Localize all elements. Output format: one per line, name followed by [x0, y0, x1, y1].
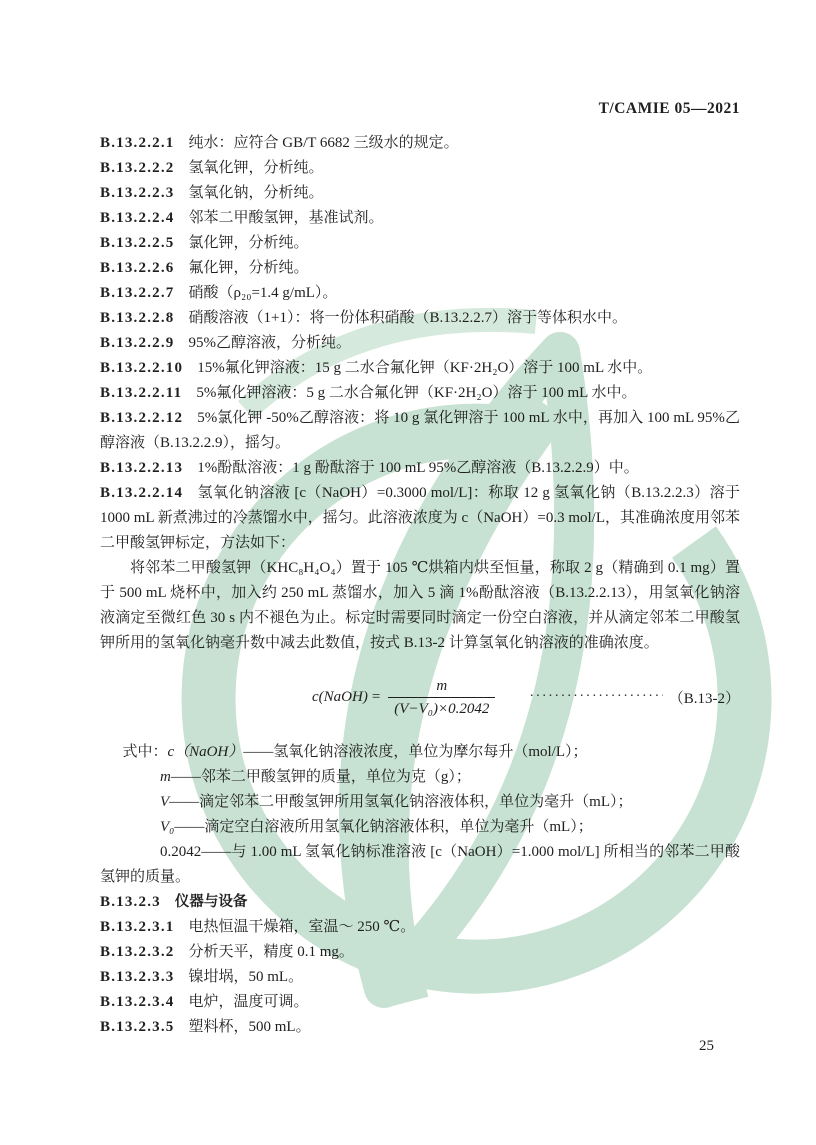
clause-b13232: B.13.2.3.2分析天平，精度 0.1 mg。: [100, 940, 740, 965]
clause-b13234: B.13.2.3.4电炉，温度可调。: [100, 990, 740, 1015]
where-item-02042: 0.2042——与 1.00 mL 氢氧化钠标准溶液 [c（NaOH）=1.00…: [100, 840, 740, 890]
clause-number: B.13.2.2.5: [100, 235, 175, 251]
clause-b13233: B.13.2.3.3镍坩埚，50 mL。: [100, 965, 740, 990]
clause-number: B.13.2.2.14: [100, 485, 183, 501]
clause-b13228: B.13.2.2.8硝酸溶液（1+1）：将一份体积硝酸（B.13.2.2.7）溶…: [100, 306, 740, 331]
section-heading-b1323: B.13.2.3仪器与设备: [100, 890, 740, 915]
clause-text: 镍坩埚，50 mL。: [189, 969, 304, 985]
clause-number: B.13.2.2.2: [100, 160, 175, 176]
clause-number: B.13.2.2.13: [100, 460, 183, 476]
where-desc: ——邻苯二甲酸氢钾的质量，单位为克（g）；: [171, 769, 471, 785]
where-intro: 式中：: [123, 744, 168, 760]
clause-b13231: B.13.2.3.1电热恒温干燥箱，室温～ 250 ℃。: [100, 915, 740, 940]
clause-text: 氯化钾，分析纯。: [189, 235, 309, 251]
clause-number: B.13.2.3.1: [100, 919, 175, 935]
clause-number: B.13.2.3.5: [100, 1019, 175, 1035]
where-desc: ——滴定邻苯二甲酸氢钾所用氢氧化钠溶液体积，单位为毫升（mL）；: [169, 794, 632, 810]
formula-equals: =: [372, 689, 380, 706]
document-page: T/CAMIE 05—2021 B.13.2.2.1纯水：应符合 GB/T 66…: [0, 0, 816, 1145]
page-header: T/CAMIE 05—2021: [100, 100, 740, 118]
clause-number: B.13.2.2.3: [100, 185, 175, 201]
clause-text: 纯水：应符合 GB/T 6682 三级水的规定。: [189, 135, 459, 151]
clause-b13221: B.13.2.2.1纯水：应符合 GB/T 6682 三级水的规定。: [100, 131, 740, 156]
clause-text: 电热恒温干燥箱，室温～ 250 ℃。: [189, 919, 416, 935]
clause-b13225: B.13.2.2.5氯化钾，分析纯。: [100, 231, 740, 256]
clause-text: 95%乙醇溶液，分析纯。: [189, 335, 352, 351]
clause-text: 邻苯二甲酸氢钾，基准试剂。: [189, 210, 384, 226]
clause-b132214: B.13.2.2.14氢氧化钠溶液 [c（NaOH）=0.3000 mol/L]…: [100, 481, 740, 556]
clause-text: 氢氧化钠，分析纯。: [189, 185, 324, 201]
formula-dot-leader: ··························: [529, 689, 662, 705]
clause-b13235: B.13.2.3.5塑料杯，500 mL。: [100, 1015, 740, 1040]
formula-fraction: m (V−V₀)×0.2042: [388, 676, 495, 719]
clause-number: B.13.2.2.11: [100, 385, 182, 401]
where-desc: ——氢氧化钠溶液浓度，单位为摩尔每升（mol/L）；: [243, 744, 587, 760]
clause-b13229: B.13.2.2.995%乙醇溶液，分析纯。: [100, 331, 740, 356]
clause-number: B.13.2.3.2: [100, 944, 175, 960]
clause-text: 氢氧化钠溶液 [c（NaOH）=0.3000 mol/L]：称取 12 g 氢氧…: [100, 485, 740, 551]
where-desc: ——滴定空白溶液所用氢氧化钠溶液体积，单位为毫升（mL）；: [174, 819, 592, 835]
clause-b13223: B.13.2.2.3氢氧化钠，分析纯。: [100, 181, 740, 206]
where-item-c-naoh: 式中：c（NaOH）——氢氧化钠溶液浓度，单位为摩尔每升（mol/L）；: [100, 740, 740, 765]
clause-text: 1%酚酞溶液：1 g 酚酞溶于 100 mL 95%乙醇溶液（B.13.2.2.…: [197, 460, 639, 476]
clause-b132210: B.13.2.2.1015%氟化钾溶液：15 g 二水合氟化钾（KF·2H₂O）…: [100, 356, 740, 381]
clause-number: B.13.2.2.9: [100, 335, 175, 351]
clause-number: B.13.2.2.10: [100, 360, 183, 376]
clause-b13226: B.13.2.2.6氟化钾，分析纯。: [100, 256, 740, 281]
clause-number: B.13.2.2.7: [100, 285, 175, 301]
clause-b13224: B.13.2.2.4邻苯二甲酸氢钾，基准试剂。: [100, 206, 740, 231]
where-symbol: V₀: [160, 819, 174, 835]
clause-text: 塑料杯，500 mL。: [189, 1019, 311, 1035]
where-symbol: 0.2042: [160, 844, 201, 860]
where-item-v0: V₀——滴定空白溶液所用氢氧化钠溶液体积，单位为毫升（mL）；: [100, 815, 740, 840]
clause-b13222: B.13.2.2.2氢氧化钾，分析纯。: [100, 156, 740, 181]
clause-text: 5%氟化钾溶液：5 g 二水合氟化钾（KF·2H₂O）溶于 100 mL 水中。: [196, 385, 636, 401]
formula-expression: c(NaOH) = m (V−V₀)×0.2042: [312, 676, 495, 719]
formula-denominator: (V−V₀)×0.2042: [388, 697, 495, 719]
clause-number: B.13.2.2.6: [100, 260, 175, 276]
clause-number: B.13.2.2.12: [100, 410, 183, 426]
clause-number: B.13.2.2.8: [100, 310, 175, 326]
standard-code: T/CAMIE 05—2021: [599, 100, 740, 117]
clause-text: 电炉，温度可调。: [189, 994, 309, 1010]
clause-number: B.13.2.3.4: [100, 994, 175, 1010]
clause-text: 分析天平，精度 0.1 mg。: [189, 944, 354, 960]
clause-b13227: B.13.2.2.7硝酸（ρ₂₀=1.4 g/mL）。: [100, 281, 740, 306]
standardization-procedure-paragraph: 将邻苯二甲酸氢钾（KHC₈H₄O₄）置于 105 ℃烘箱内烘至恒量，称取 2 g…: [100, 556, 740, 656]
clause-text: 氢氧化钾，分析纯。: [189, 160, 324, 176]
where-symbol: m: [160, 769, 171, 785]
clause-number: B.13.2.3.3: [100, 969, 175, 985]
clause-b132213: B.13.2.2.131%酚酞溶液：1 g 酚酞溶于 100 mL 95%乙醇溶…: [100, 456, 740, 481]
clause-text: 硝酸（ρ₂₀=1.4 g/mL）。: [189, 285, 338, 301]
where-item-m: m——邻苯二甲酸氢钾的质量，单位为克（g）；: [100, 765, 740, 790]
clause-number: B.13.2.2.1: [100, 135, 175, 151]
formula-lhs: c(NaOH): [312, 689, 368, 706]
clause-number: B.13.2.2.4: [100, 210, 175, 226]
where-symbol: c（NaOH）: [168, 744, 244, 760]
section-number: B.13.2.3: [100, 894, 161, 910]
clause-b132212: B.13.2.2.125%氯化钾 -50%乙醇溶液：将 10 g 氯化钾溶于 1…: [100, 406, 740, 456]
page-content: T/CAMIE 05—2021 B.13.2.2.1纯水：应符合 GB/T 66…: [0, 0, 816, 1040]
formula-number-label: （B.13-2）: [669, 687, 740, 708]
page-number: 25: [699, 1038, 714, 1055]
where-item-v: V——滴定邻苯二甲酸氢钾所用氢氧化钠溶液体积，单位为毫升（mL）；: [100, 790, 740, 815]
section-title: 仪器与设备: [175, 894, 248, 910]
formula-b13-2: c(NaOH) = m (V−V₀)×0.2042 ··············…: [100, 666, 740, 728]
clause-text: 15%氟化钾溶液：15 g 二水合氟化钾（KF·2H₂O）溶于 100 mL 水…: [197, 360, 652, 376]
clause-b132211: B.13.2.2.115%氟化钾溶液：5 g 二水合氟化钾（KF·2H₂O）溶于…: [100, 381, 740, 406]
clause-text: 5%氯化钾 -50%乙醇溶液：将 10 g 氯化钾溶于 100 mL 水中，再加…: [100, 410, 740, 451]
clause-text: 硝酸溶液（1+1）：将一份体积硝酸（B.13.2.2.7）溶于等体积水中。: [189, 310, 627, 326]
formula-numerator: m: [430, 676, 453, 697]
where-symbol: V: [160, 794, 169, 810]
clause-text: 氟化钾，分析纯。: [189, 260, 309, 276]
